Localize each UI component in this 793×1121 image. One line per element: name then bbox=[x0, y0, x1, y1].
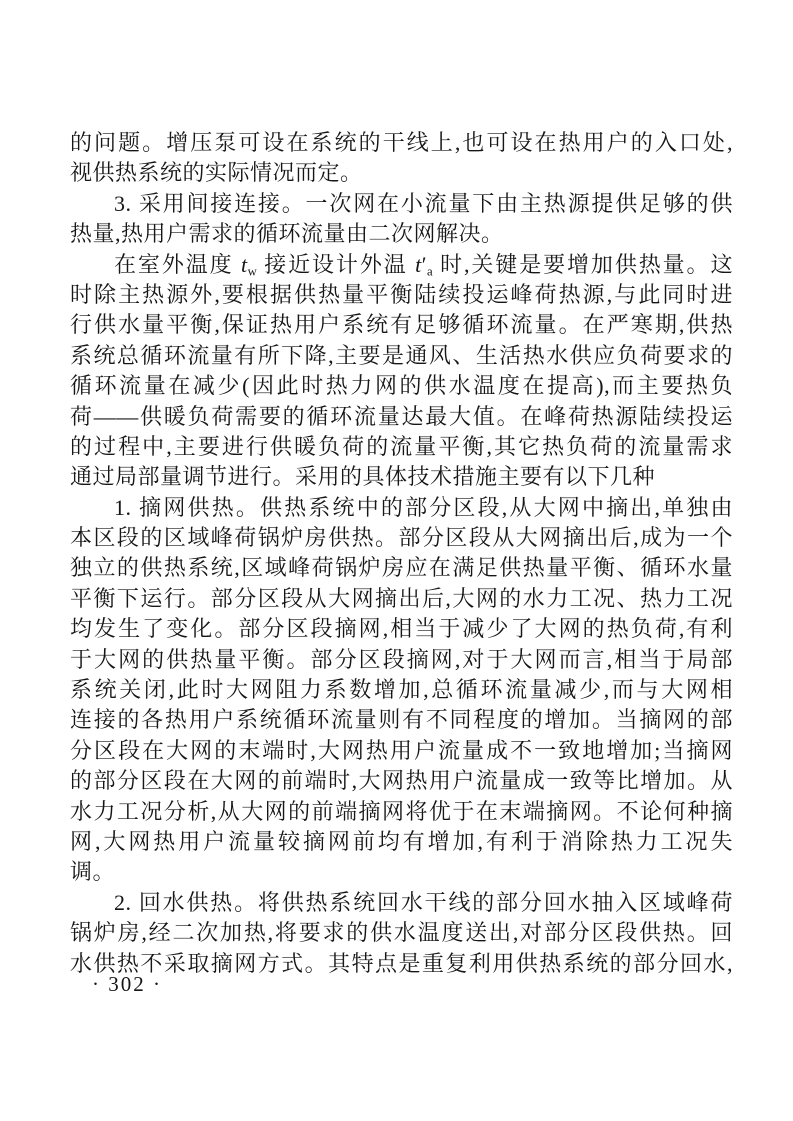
text-line: 独立的供热系统,区域峰荷锅炉房应在满足供热量平衡、循环水量 bbox=[70, 553, 733, 583]
text-line: 1. 摘网供热。供热系统中的部分区段,从大网中摘出,单独由 bbox=[70, 493, 733, 523]
text-line: 的问题。增压泵可设在系统的干线上,也可设在热用户的入口处, bbox=[70, 128, 733, 158]
text-line: 均发生了变化。部分区段摘网,相当于减少了大网的热负荷,有利 bbox=[70, 614, 733, 644]
text-line: 时除主热源外,要根据供热量平衡陆续投运峰荷热源,与此同时进 bbox=[70, 280, 733, 310]
text-line: 通过局部量调节进行。采用的具体技术措施主要有以下几种 bbox=[70, 462, 733, 492]
text-line: 连接的各热用户系统循环流量则有不同程度的增加。当摘网的部 bbox=[70, 705, 733, 735]
text-line: 本区段的区域峰荷锅炉房供热。部分区段从大网摘出后,成为一个 bbox=[70, 523, 733, 553]
text-line: 水力工况分析,从大网的前端摘网将优于在末端摘网。不论何种摘 bbox=[70, 797, 733, 827]
text-line: 水供热不采取摘网方式。其特点是重复利用供热系统的部分回水, bbox=[70, 949, 733, 979]
text-line: 调。 bbox=[70, 857, 733, 887]
text-block: 的问题。增压泵可设在系统的干线上,也可设在热用户的入口处,视供热系统的实际情况而… bbox=[70, 128, 733, 979]
text-line: 的部分区段在大网的前端时,大网热用户流量成一致等比增加。从 bbox=[70, 766, 733, 796]
page-number: · 302 · bbox=[92, 972, 162, 997]
text-line: 网,大网热用户流量较摘网前均有增加,有利于消除热力工况失 bbox=[70, 827, 733, 857]
text-line: 3. 采用间接连接。一次网在小流量下由主热源提供足够的供 bbox=[70, 189, 733, 219]
text-line: 荷——供暖负荷需要的循环流量达最大值。在峰荷热源陆续投运 bbox=[70, 402, 733, 432]
text-line: 视供热系统的实际情况而定。 bbox=[70, 158, 733, 188]
text-line: 循环流量在减少(因此时热力网的供水温度在提高),而主要热负 bbox=[70, 371, 733, 401]
text-line: 锅炉房,经二次加热,将要求的供水温度送出,对部分区段供热。回 bbox=[70, 918, 733, 948]
text-line: 系统关闭,此时大网阻力系数增加,总循环流量减少,而与大网相 bbox=[70, 675, 733, 705]
text-line: 平衡下运行。部分区段从大网摘出后,大网的水力工况、热力工况 bbox=[70, 584, 733, 614]
text-line: 在室外温度 tw 接近设计外温 t′a 时,关键是要增加供热量。这 bbox=[70, 250, 733, 280]
text-line: 热量,热用户需求的循环流量由二次网解决。 bbox=[70, 219, 733, 249]
text-line: 行供水量平衡,保证热用户系统有足够循环流量。在严寒期,供热 bbox=[70, 310, 733, 340]
text-line: 于大网的供热量平衡。部分区段摘网,对于大网而言,相当于局部 bbox=[70, 645, 733, 675]
text-line: 分区段在大网的末端时,大网热用户流量成不一致地增加;当摘网 bbox=[70, 736, 733, 766]
text-line: 系统总循环流量有所下降,主要是通风、生活热水供应负荷要求的 bbox=[70, 341, 733, 371]
text-line: 2. 回水供热。将供热系统回水干线的部分回水抽入区域峰荷 bbox=[70, 888, 733, 918]
text-line: 的过程中,主要进行供暖负荷的流量平衡,其它热负荷的流量需求 bbox=[70, 432, 733, 462]
book-page: 的问题。增压泵可设在系统的干线上,也可设在热用户的入口处,视供热系统的实际情况而… bbox=[0, 0, 793, 1121]
